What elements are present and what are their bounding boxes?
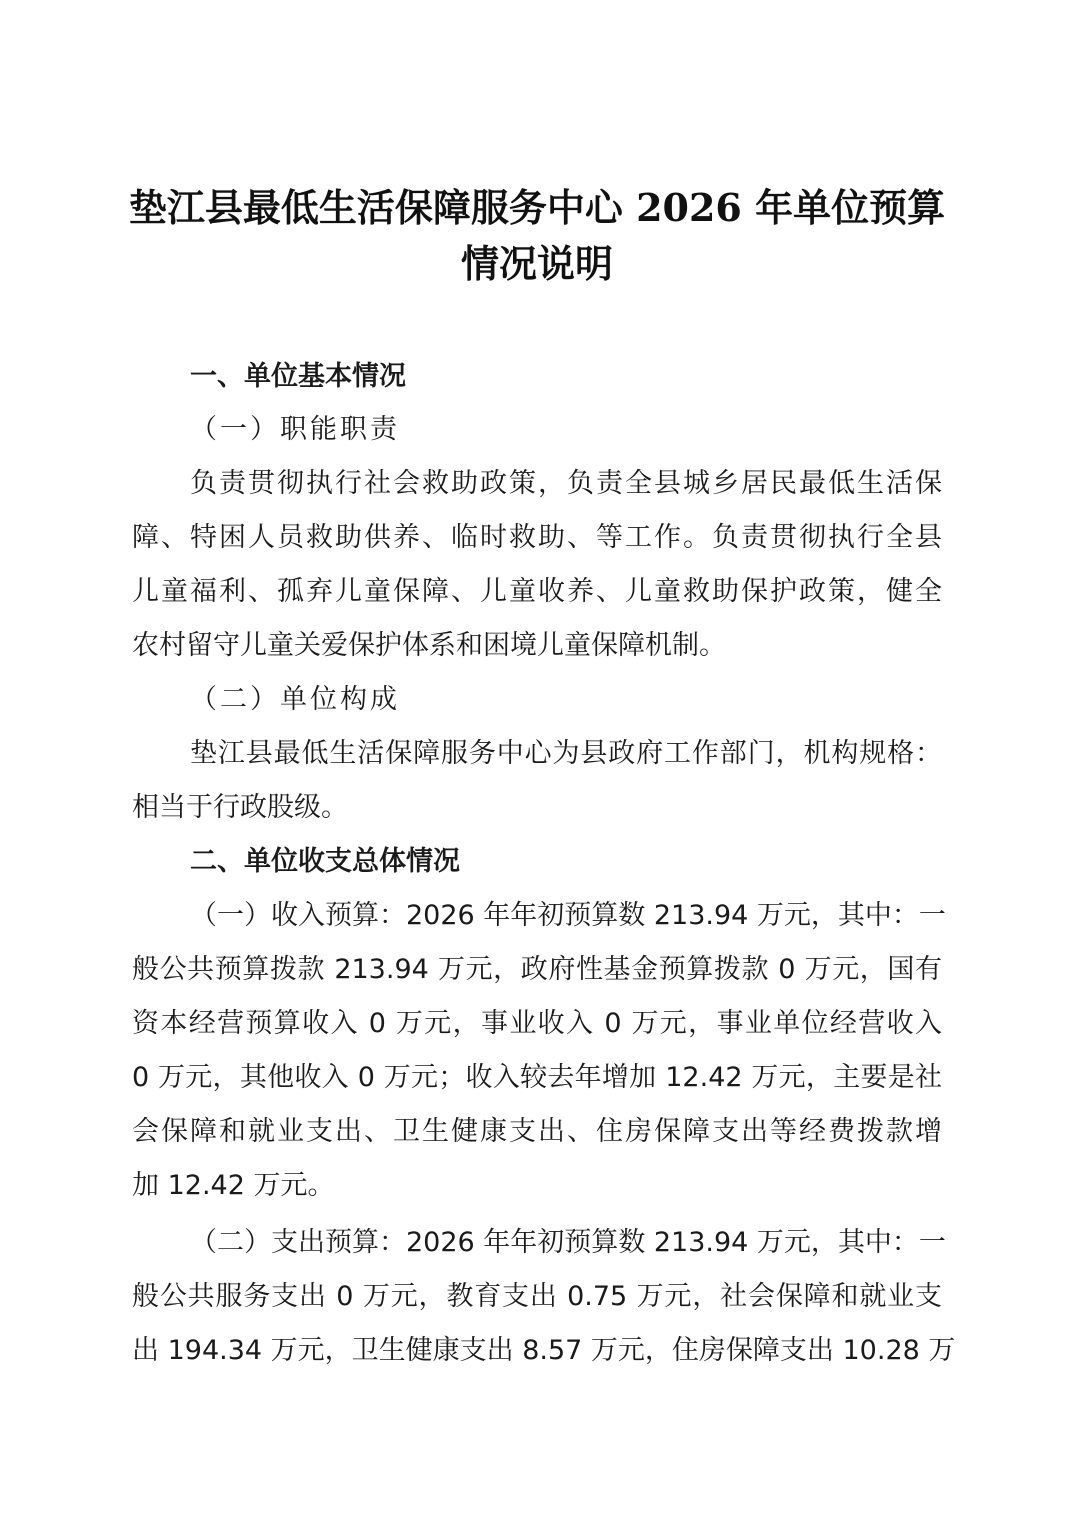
section-heading-basic-info: 一、单位基本情况 bbox=[190, 360, 942, 394]
document-title-line-1: 垫江县最低生活保障服务中心 2026 年单位预算 bbox=[0, 186, 1074, 230]
paragraph-line: 农村留守儿童关爱保护体系和困境儿童保障机制。 bbox=[132, 629, 942, 663]
paragraph-line: 相当于行政股级。 bbox=[132, 791, 942, 825]
paragraph-line: 般公共服务支出 0 万元，教育支出 0.75 万元，社会保障和就业支 bbox=[132, 1280, 942, 1314]
document-title-line-2: 情况说明 bbox=[0, 242, 1074, 286]
paragraph-line: 加 12.42 万元。 bbox=[132, 1169, 942, 1203]
paragraph-line: 出 194.34 万元，卫生健康支出 8.57 万元，住房保障支出 10.28 … bbox=[132, 1334, 942, 1368]
paragraph-line: 儿童福利、孤弃儿童保障、儿童收养、儿童救助保护政策，健全 bbox=[132, 575, 942, 609]
paragraph-line: 会保障和就业支出、卫生健康支出、住房保障支出等经费拨款增 bbox=[132, 1115, 942, 1149]
paragraph-line: 资本经营预算收入 0 万元，事业收入 0 万元，事业单位经营收入 bbox=[132, 1007, 942, 1041]
subsection-heading-duties: （一）职能职责 bbox=[190, 413, 942, 447]
paragraph-line: 负责贯彻执行社会救助政策，负责全县城乡居民最低生活保 bbox=[190, 467, 942, 501]
paragraph-line: （二）支出预算：2026 年年初预算数 213.94 万元，其中：一 bbox=[190, 1226, 942, 1260]
paragraph-line: 般公共预算拨款 213.94 万元，政府性基金预算拨款 0 万元，国有 bbox=[132, 953, 942, 987]
paragraph-line: 0 万元，其他收入 0 万元；收入较去年增加 12.42 万元，主要是社 bbox=[132, 1061, 942, 1095]
paragraph-line: 垫江县最低生活保障服务中心为县政府工作部门，机构规格： bbox=[190, 737, 942, 771]
section-heading-budget-overview: 二、单位收支总体情况 bbox=[190, 845, 942, 879]
paragraph-line: 障、特困人员救助供养、临时救助、等工作。负责贯彻执行全县 bbox=[132, 521, 942, 555]
document-page: 垫江县最低生活保障服务中心 2026 年单位预算 情况说明 一、单位基本情况 （… bbox=[0, 0, 1074, 1520]
subsection-heading-composition: （二）单位构成 bbox=[190, 683, 942, 717]
paragraph-line: （一）收入预算：2026 年年初预算数 213.94 万元，其中：一 bbox=[190, 899, 942, 933]
